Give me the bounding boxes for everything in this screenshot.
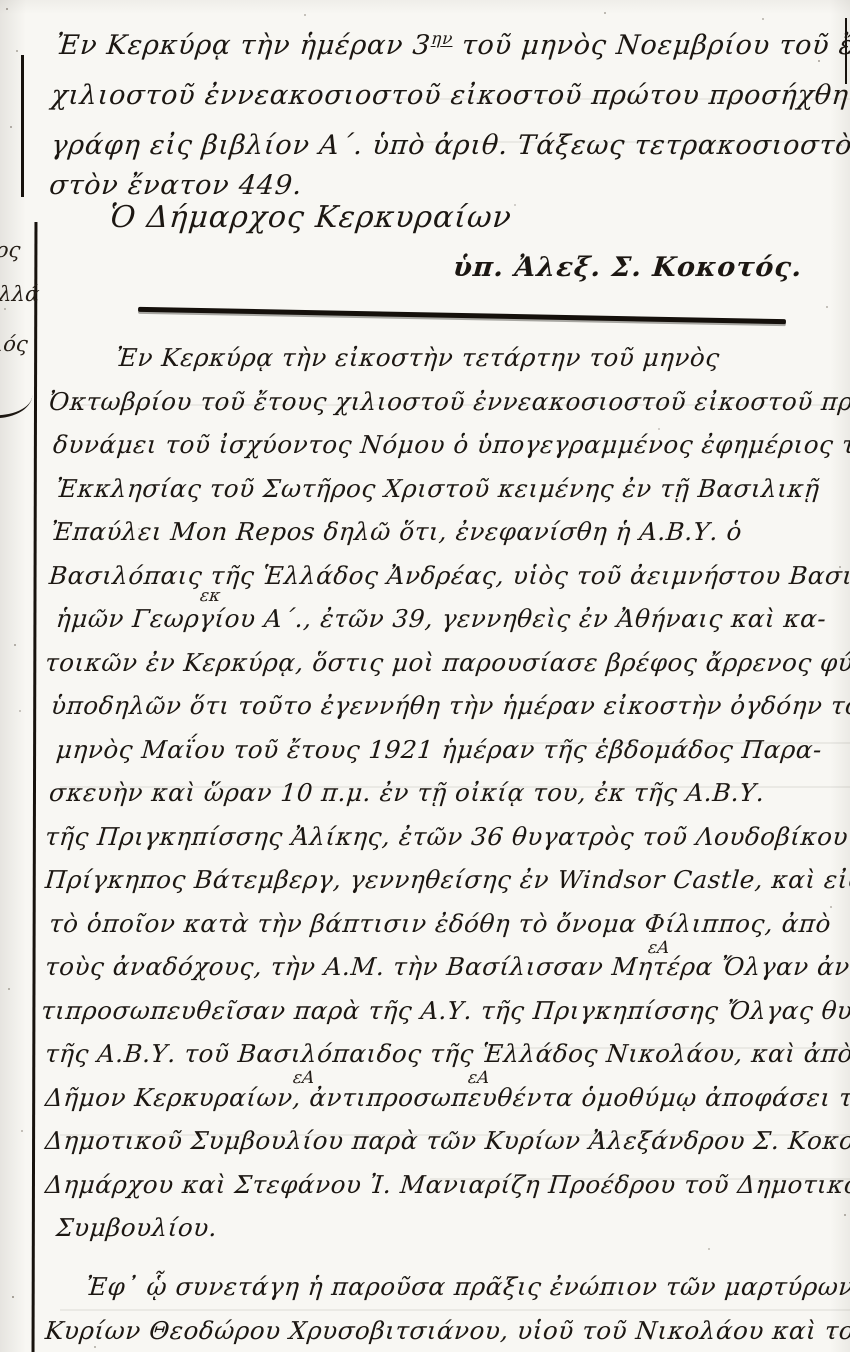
birth-act-line: σκευὴν καὶ ὥραν 10 π.μ. ἐν τῇ οἰκίᾳ του,…: [48, 778, 766, 807]
ruled-line: [60, 1309, 850, 1311]
insertion-mark: εκ: [199, 586, 221, 606]
margin-flourish: [0, 380, 33, 421]
birth-act-line: ὑποδηλῶν ὅτι τοῦτο ἐγεννήθη τὴν ἡμέραν ε…: [50, 691, 850, 720]
registry-note-line1-post: τοῦ μηνὸς Νοεμβρίου τοῦ ἔτους: [451, 30, 850, 61]
birth-act-line: τὸ ὁποῖον κατὰ τὴν βάπτισιν ἐδόθη τὸ ὄνο…: [48, 909, 832, 938]
registry-note-line1-pre: Ἐν Κερκύρᾳ τὴν ἡμέραν 3: [55, 30, 432, 61]
closing-line: Ἐφ᾽ ᾧ συνετάγη ἡ παροῦσα πρᾶξις ἐνώπιον …: [85, 1272, 850, 1301]
scan-speckles: [6, 8, 8, 10]
margin-rule-top: [21, 55, 24, 197]
birth-act-line: τιπροσωπευθεῖσαν παρὰ τῆς Α.Υ. τῆς Πριγκ…: [40, 996, 850, 1025]
birth-act-line: Δημοτικοῦ Συμβουλίου παρὰ τῶν Κυρίων Ἀλε…: [44, 1126, 850, 1155]
birth-act-line: Βασιλόπαις τῆς Ἑλλάδος Ἀνδρέας, υἱὸς τοῦ…: [48, 561, 850, 590]
registry-note-line: Ἐν Κερκύρᾳ τὴν ἡμέραν 3ην τοῦ μηνὸς Νοεμ…: [55, 28, 850, 61]
birth-act-line: δυνάμει τοῦ ἰσχύοντος Νόμου ὁ ὑπογεγραμμ…: [52, 430, 850, 459]
insertion-mark: εΑ: [647, 938, 671, 958]
birth-act-line: Δῆμον Κερκυραίων, ἀντιπροσωπευθέντα ὁμοθ…: [44, 1083, 850, 1112]
birth-act-line: τῆς Α.Β.Υ. τοῦ Βασιλόπαιδος τῆς Ἑλλάδος …: [44, 1039, 850, 1068]
margin-fragment: ολλά: [0, 282, 41, 306]
birth-act-line: Δημάρχου καὶ Στεφάνου Ἰ. Μανιαρίζη Προέδ…: [44, 1170, 850, 1199]
mayor-signature: ὑπ. Ἀλεξ. Σ. Κοκοτός.: [452, 252, 804, 283]
mayor-title: Ὁ Δήμαρχος Κερκυραίων: [108, 200, 513, 235]
birth-act-line: Ὀκτωβρίου τοῦ ἔτους χιλιοστοῦ ἐννεακοσιο…: [48, 387, 850, 416]
separator-rule: [138, 307, 786, 324]
birth-act-line: Ἐν Κερκύρᾳ τὴν εἰκοστὴν τετάρτην τοῦ μην…: [115, 343, 721, 372]
birth-act-line: μηνὸς Μαΐου τοῦ ἔτους 1921 ἡμέραν τῆς ἑβ…: [55, 735, 823, 764]
registry-note-line: γράφη εἰς βιβλίον Α΄. ὑπὸ ἀριθ. Τάξεως τ…: [50, 130, 850, 161]
birth-act-line: Πρίγκηπος Βάτεμβεργ, γεννηθείσης ἐν Wind…: [44, 865, 850, 894]
birth-act-line: Ἐπαύλει Mon Repos δηλῶ ὅτι, ἐνεφανίσθη ἡ…: [50, 517, 743, 546]
insertion-mark: εΑ: [292, 1068, 316, 1088]
birth-act-line: Ἐκκλησίας τοῦ Σωτῆρος Χριστοῦ κειμένης ἐ…: [55, 474, 821, 503]
insertion-mark: εΑ: [467, 1068, 491, 1088]
birth-act-line: τῆς Πριγκηπίσσης Ἀλίκης, ἐτῶν 36 θυγατρὸ…: [44, 822, 850, 851]
registry-note-line: χιλιοστοῦ ἐννεακοσιοστοῦ εἰκοστοῦ πρώτου…: [50, 80, 850, 111]
document-page: ος ολλά λός Ἐν Κερκύρᾳ τὴν ἡμέραν 3ην το…: [0, 0, 850, 1352]
ordinal-superscript: ην: [431, 28, 455, 48]
birth-act-line: Συμβουλίου.: [55, 1213, 219, 1242]
registry-note-line: στὸν ἔνατον 449.: [48, 170, 304, 201]
closing-line: Κυρίων Θεοδώρου Χρυσοβιτσιάνου, υἱοῦ τοῦ…: [44, 1316, 850, 1345]
birth-act-line: τοικῶν ἐν Κερκύρᾳ, ὅστις μοὶ παρουσίασε …: [44, 648, 850, 677]
margin-fragment: ος: [0, 238, 21, 262]
margin-fragment: λός: [0, 332, 29, 356]
birth-act-line: ἡμῶν Γεωργίου Α΄., ἐτῶν 39, γεννηθεὶς ἐν…: [55, 604, 828, 633]
birth-act-line: τοὺς ἀναδόχους, τὴν Α.Μ. τὴν Βασίλισσαν …: [44, 952, 850, 981]
